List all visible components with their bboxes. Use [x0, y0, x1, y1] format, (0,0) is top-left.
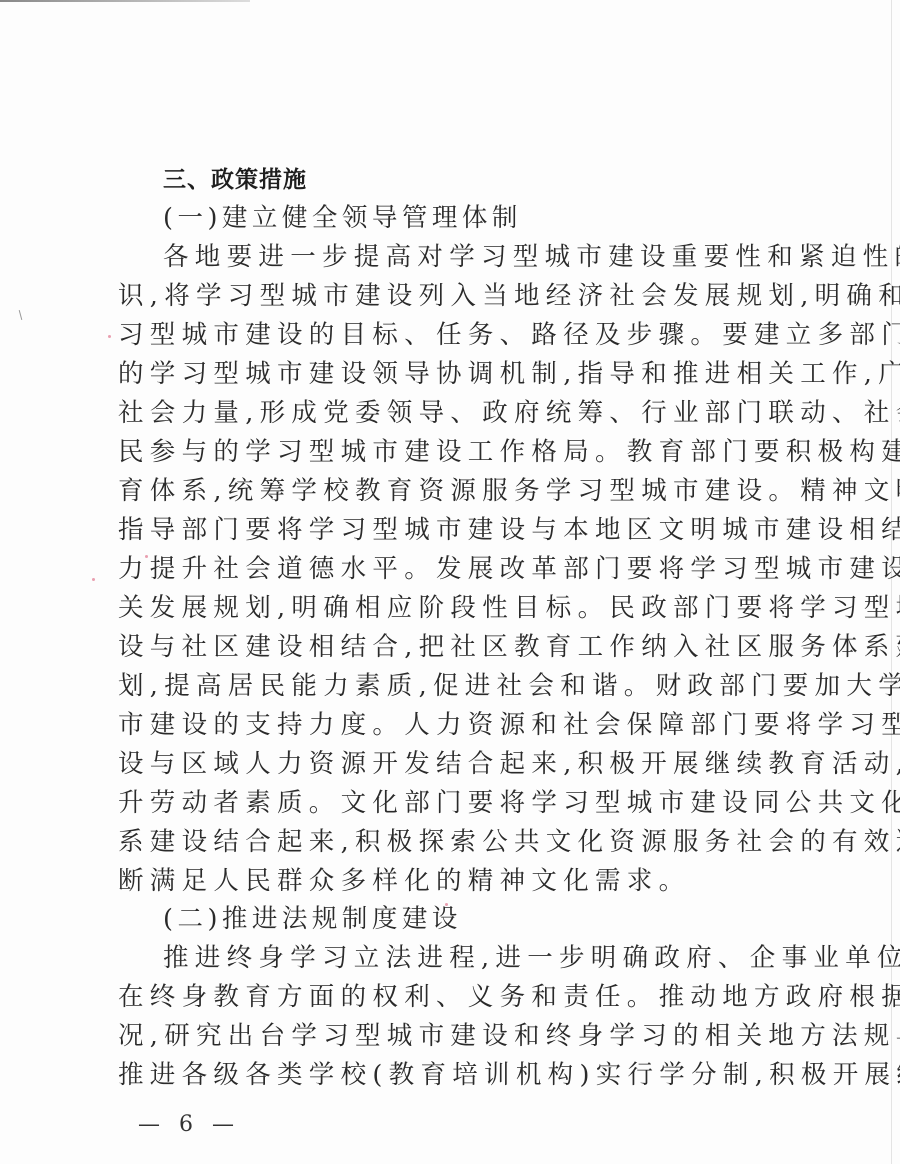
paragraph-line: 识,将学习型城市建设列入当地经济社会发展规划,明确和细化学	[118, 280, 768, 312]
paragraph-line: 力提升社会道德水平。发展改革部门要将学习型城市建设纳入相	[118, 553, 768, 585]
paragraph-line: 划,提高居民能力素质,促进社会和谐。财政部门要加大学习型城	[118, 670, 768, 702]
paragraph-line: 升劳动者素质。文化部门要将学习型城市建设同公共文化服务体	[118, 787, 768, 819]
paragraph-line: 断满足人民群众多样化的精神文化需求。	[118, 865, 768, 897]
paragraph-line: 系建设结合起来,积极探索公共文化资源服务社会的有效途径,不	[118, 826, 768, 858]
paragraph-line: 社会力量,形成党委领导、政府统筹、行业部门联动、社会协同、全	[118, 397, 768, 429]
scan-speck	[92, 578, 95, 581]
paragraph-line: 设与区域人力资源开发结合起来,积极开展继续教育活动,不断提	[118, 748, 768, 780]
paragraph-line: 推进各级各类学校(教育培训机构)实行学分制,积极开展终身学	[118, 1059, 768, 1091]
paragraph-line: 各地要进一步提高对学习型城市建设重要性和紧迫性的认	[163, 241, 813, 273]
scan-speck	[108, 335, 111, 338]
paragraph-line: 市建设的支持力度。人力资源和社会保障部门要将学习型城市建	[118, 709, 768, 741]
paragraph-line: 育体系,统筹学校教育资源服务学习型城市建设。精神文明建设	[118, 475, 768, 507]
paragraph-line: 民参与的学习型城市建设工作格局。教育部门要积极构建终身教	[118, 436, 768, 468]
scan-mark	[19, 310, 23, 320]
paragraph-line: 推进终身学习立法进程,进一步明确政府、企事业单位和个人	[163, 942, 813, 974]
section-heading: 三、政策措施	[163, 164, 813, 196]
paragraph-line: 设与社区建设相结合,把社区教育工作纳入社区服务体系建设规	[118, 631, 768, 663]
subsection-heading-1: (一)建立健全领导管理体制	[163, 202, 813, 234]
paragraph-line: 习型城市建设的目标、任务、路径及步骤。要建立多部门共同参与	[118, 319, 768, 351]
paragraph-line: 指导部门要将学习型城市建设与本地区文明城市建设相结合,着	[118, 514, 768, 546]
paragraph-line: 况,研究出台学习型城市建设和终身学习的相关地方法规与政策。	[118, 1020, 768, 1052]
document-page: 三、政策措施 (一)建立健全领导管理体制 各地要进一步提高对学习型城市建设重要性…	[0, 0, 900, 1164]
paragraph-line: 在终身教育方面的权利、义务和责任。推动地方政府根据实际情	[118, 981, 768, 1013]
page-number: — 6 —	[138, 1112, 240, 1137]
subsection-heading-2: (二)推进法规制度建设	[163, 903, 813, 935]
paragraph-line: 关发展规划,明确相应阶段性目标。民政部门要将学习型城市建	[118, 592, 768, 624]
paragraph-line: 的学习型城市建设领导协调机制,指导和推进相关工作,广泛动员	[118, 358, 768, 390]
scan-edge-top	[0, 0, 250, 2]
